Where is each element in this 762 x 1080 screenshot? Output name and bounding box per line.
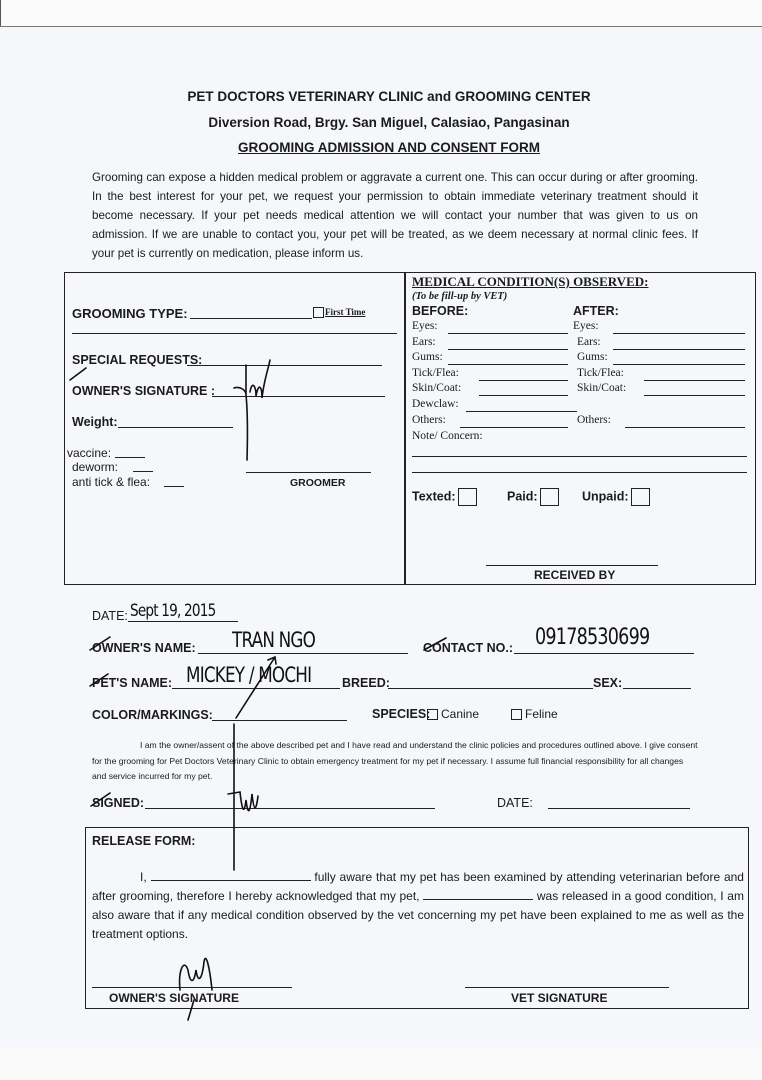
tick-signed <box>91 793 110 806</box>
handwritten-marks <box>0 0 762 1080</box>
tick-contact <box>424 638 446 650</box>
owner-signature-mark-1 <box>234 360 270 460</box>
release-signature <box>180 958 212 1020</box>
tick-pet-name <box>90 674 108 686</box>
tick-owner-name <box>90 637 110 650</box>
consent-signature <box>228 724 258 870</box>
tick-owner-signature <box>70 368 86 380</box>
arrow-mark <box>236 657 276 718</box>
